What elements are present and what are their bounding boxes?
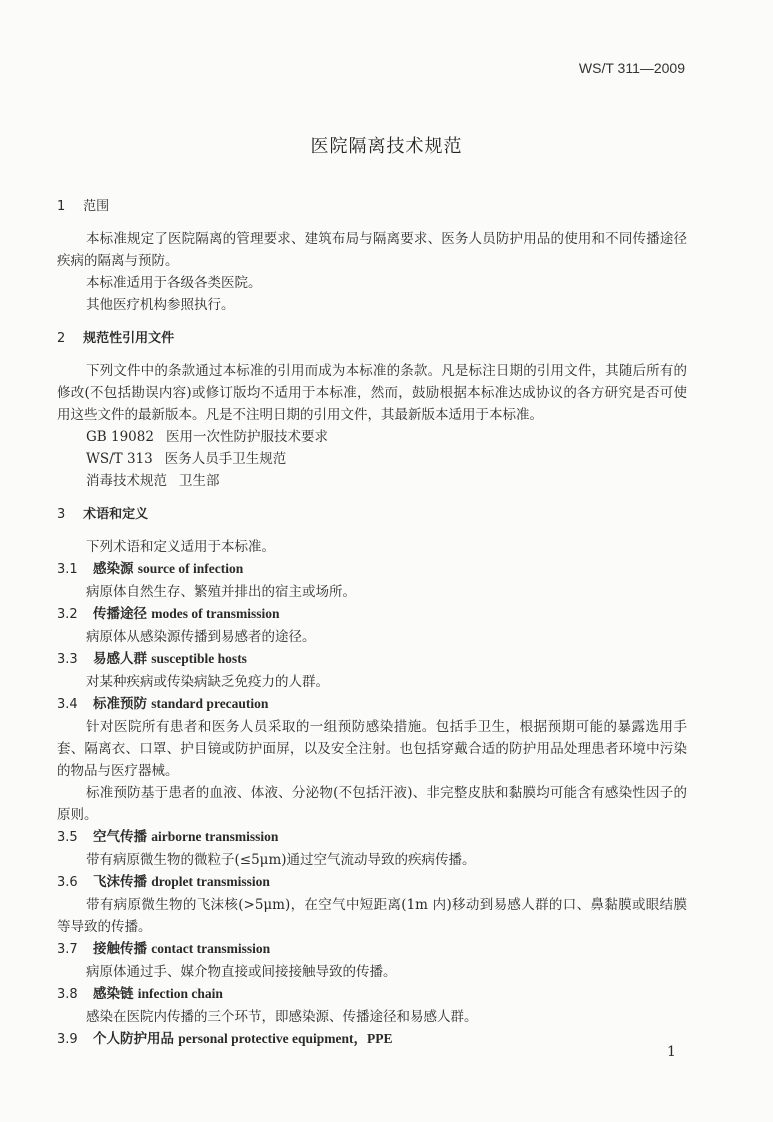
term-en: personal protective equipment，PPE — [178, 1031, 392, 1046]
term-heading: 3.4标准预防 standard precaution — [57, 693, 687, 716]
term-definition: 对某种疾病或传染病缺乏免疫力的人群。 — [86, 671, 687, 693]
term-zh: 接触传播 — [93, 941, 147, 957]
term-en: airborne transmission — [151, 829, 278, 844]
term-en: infection chain — [138, 986, 223, 1001]
section-title: 术语和定义 — [83, 507, 148, 522]
section-2-heading: 2 规范性引用文件 — [57, 328, 687, 350]
term-number: 3.1 — [57, 559, 93, 581]
reference-item: 消毒技术规范卫生部 — [86, 470, 687, 492]
reference-code: GB 19082 — [86, 426, 154, 448]
reference-code: 消毒技术规范 — [86, 470, 167, 492]
term-definition: 病原体自然生存、繁殖并排出的宿主或场所。 — [86, 581, 687, 603]
term-number: 3.3 — [57, 649, 93, 671]
paragraph: 其他医疗机构参照执行。 — [57, 294, 687, 316]
paragraph: 本标准规定了医院隔离的管理要求、建筑布局与隔离要求、医务人员防护用品的使用和不同… — [57, 228, 687, 272]
term-en: contact transmission — [151, 941, 270, 956]
term-heading: 3.1感染源 source of infection — [57, 558, 687, 581]
section-title: 范围 — [83, 199, 109, 214]
term-definition: 病原体通过手、媒介物直接或间接接触导致的传播。 — [86, 961, 687, 983]
term-heading: 3.5空气传播 airborne transmission — [57, 826, 687, 849]
term-en: susceptible hosts — [151, 651, 247, 666]
reference-title: 医务人员手卫生规范 — [165, 451, 287, 467]
section-title: 规范性引用文件 — [83, 331, 174, 346]
section-3-heading: 3 术语和定义 — [57, 504, 687, 526]
paragraph: 下列文件中的条款通过本标准的引用而成为本标准的条款。凡是标注日期的引用文件，其随… — [57, 360, 687, 426]
term-definition: 标准预防基于患者的血液、体液、分泌物(不包括汗液)、非完整皮肤和黏膜均可能含有感… — [57, 782, 687, 826]
term-heading: 3.6飞沫传播 droplet transmission — [57, 871, 687, 894]
term-zh: 感染源 — [93, 561, 134, 577]
term-number: 3.2 — [57, 604, 93, 626]
section-number: 1 — [57, 196, 79, 218]
term-en: droplet transmission — [151, 874, 270, 889]
term-definition: 针对医院所有患者和医务人员采取的一组预防感染措施。包括手卫生，根据预期可能的暴露… — [57, 716, 687, 782]
term-definition: 感染在医院内传播的三个环节，即感染源、传播途径和易感人群。 — [86, 1006, 687, 1028]
term-definition: 带有病原微生物的飞沫核(>5μm)，在空气中短距离(1m 内)移动到易感人群的口… — [57, 894, 687, 938]
term-definition: 带有病原微生物的微粒子(≤5μm)通过空气流动导致的疾病传播。 — [86, 849, 687, 871]
section-number: 3 — [57, 504, 79, 526]
paragraph: 下列术语和定义适用于本标准。 — [57, 536, 687, 558]
term-heading: 3.8感染链 infection chain — [57, 983, 687, 1006]
term-en: standard precaution — [151, 696, 268, 711]
section-number: 2 — [57, 328, 79, 350]
term-number: 3.6 — [57, 872, 93, 894]
term-zh: 感染链 — [93, 986, 134, 1002]
term-heading: 3.7接触传播 contact transmission — [57, 938, 687, 961]
document-body: 1 范围 本标准规定了医院隔离的管理要求、建筑布局与隔离要求、医务人员防护用品的… — [57, 196, 687, 1051]
term-zh: 空气传播 — [93, 829, 147, 845]
standard-code: WS/T 311—2009 — [579, 60, 685, 76]
term-number: 3.9 — [57, 1029, 93, 1051]
term-zh: 标准预防 — [93, 696, 147, 712]
paragraph: 本标准适用于各级各类医院。 — [57, 272, 687, 294]
term-definition: 病原体从感染源传播到易感者的途径。 — [86, 626, 687, 648]
page-number: 1 — [667, 1044, 676, 1060]
term-zh: 传播途径 — [93, 606, 147, 622]
term-heading: 3.2传播途径 modes of transmission — [57, 603, 687, 626]
document-title: 医院隔离技术规范 — [0, 132, 773, 158]
term-number: 3.8 — [57, 984, 93, 1006]
section-1-heading: 1 范围 — [57, 196, 687, 218]
reference-item: GB 19082医用一次性防护服技术要求 — [86, 426, 687, 448]
term-zh: 个人防护用品 — [93, 1031, 174, 1047]
term-zh: 飞沫传播 — [93, 874, 147, 890]
term-heading: 3.9个人防护用品 personal protective equipment，… — [57, 1028, 687, 1051]
term-zh: 易感人群 — [93, 651, 147, 667]
reference-title: 卫生部 — [179, 473, 220, 489]
term-number: 3.7 — [57, 939, 93, 961]
term-number: 3.5 — [57, 827, 93, 849]
term-heading: 3.3易感人群 susceptible hosts — [57, 648, 687, 671]
term-en: source of infection — [138, 561, 243, 576]
term-en: modes of transmission — [151, 606, 279, 621]
term-number: 3.4 — [57, 694, 93, 716]
reference-code: WS/T 313 — [86, 448, 153, 470]
reference-title: 医用一次性防护服技术要求 — [166, 429, 328, 445]
reference-item: WS/T 313医务人员手卫生规范 — [86, 448, 687, 470]
